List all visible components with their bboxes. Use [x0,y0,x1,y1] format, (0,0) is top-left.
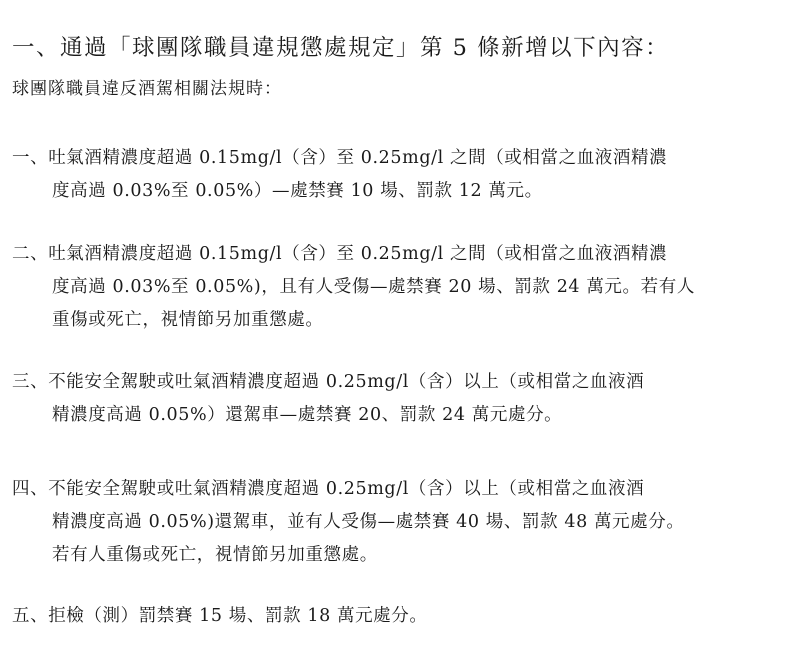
rule-item-5: 五、拒檢（測）罰禁賽 15 場、罰款 18 萬元處分。 [12,600,792,633]
rule-item-2: 二、吐氣酒精濃度超過 0.15mg/l（含）至 0.25mg/l 之間（或相當之… [12,238,792,337]
rule-item-1: 一、吐氣酒精濃度超過 0.15mg/l（含）至 0.25mg/l 之間（或相當之… [12,142,792,208]
rule-line: 精濃度高過 0.05%）還駕車—處禁賽 20、罰款 24 萬元處分。 [12,399,792,432]
rule-line: 二、吐氣酒精濃度超過 0.15mg/l（含）至 0.25mg/l 之間（或相當之… [12,238,792,271]
rule-item-4: 四、不能安全駕駛或吐氣酒精濃度超過 0.25mg/l（含）以上（或相當之血液酒 … [12,473,792,572]
rule-line: 四、不能安全駕駛或吐氣酒精濃度超過 0.25mg/l（含）以上（或相當之血液酒 [12,473,792,506]
rule-line: 三、不能安全駕駛或吐氣酒精濃度超過 0.25mg/l（含）以上（或相當之血液酒 [12,366,792,399]
rule-line: 精濃度高過 0.05%)還駕車，並有人受傷—處禁賽 40 場、罰款 48 萬元處… [12,506,792,539]
rule-line: 五、拒檢（測）罰禁賽 15 場、罰款 18 萬元處分。 [12,600,792,633]
rule-line: 一、吐氣酒精濃度超過 0.15mg/l（含）至 0.25mg/l 之間（或相當之… [12,142,792,175]
rule-line: 度高過 0.03%至 0.05%）—處禁賽 10 場、罰款 12 萬元。 [12,175,792,208]
document-subtitle: 球團隊職員違反酒駕相關法規時： [12,74,282,99]
rule-line: 度高過 0.03%至 0.05%)，且有人受傷—處禁賽 20 場、罰款 24 萬… [12,271,792,304]
rule-line: 若有人重傷或死亡，視情節另加重懲處。 [12,539,792,572]
rule-item-3: 三、不能安全駕駛或吐氣酒精濃度超過 0.25mg/l（含）以上（或相當之血液酒 … [12,366,792,432]
document-title: 一、通過「球團隊職員違規懲處規定」第 5 條新增以下內容： [12,30,669,62]
rule-line: 重傷或死亡，視情節另加重懲處。 [12,304,792,337]
